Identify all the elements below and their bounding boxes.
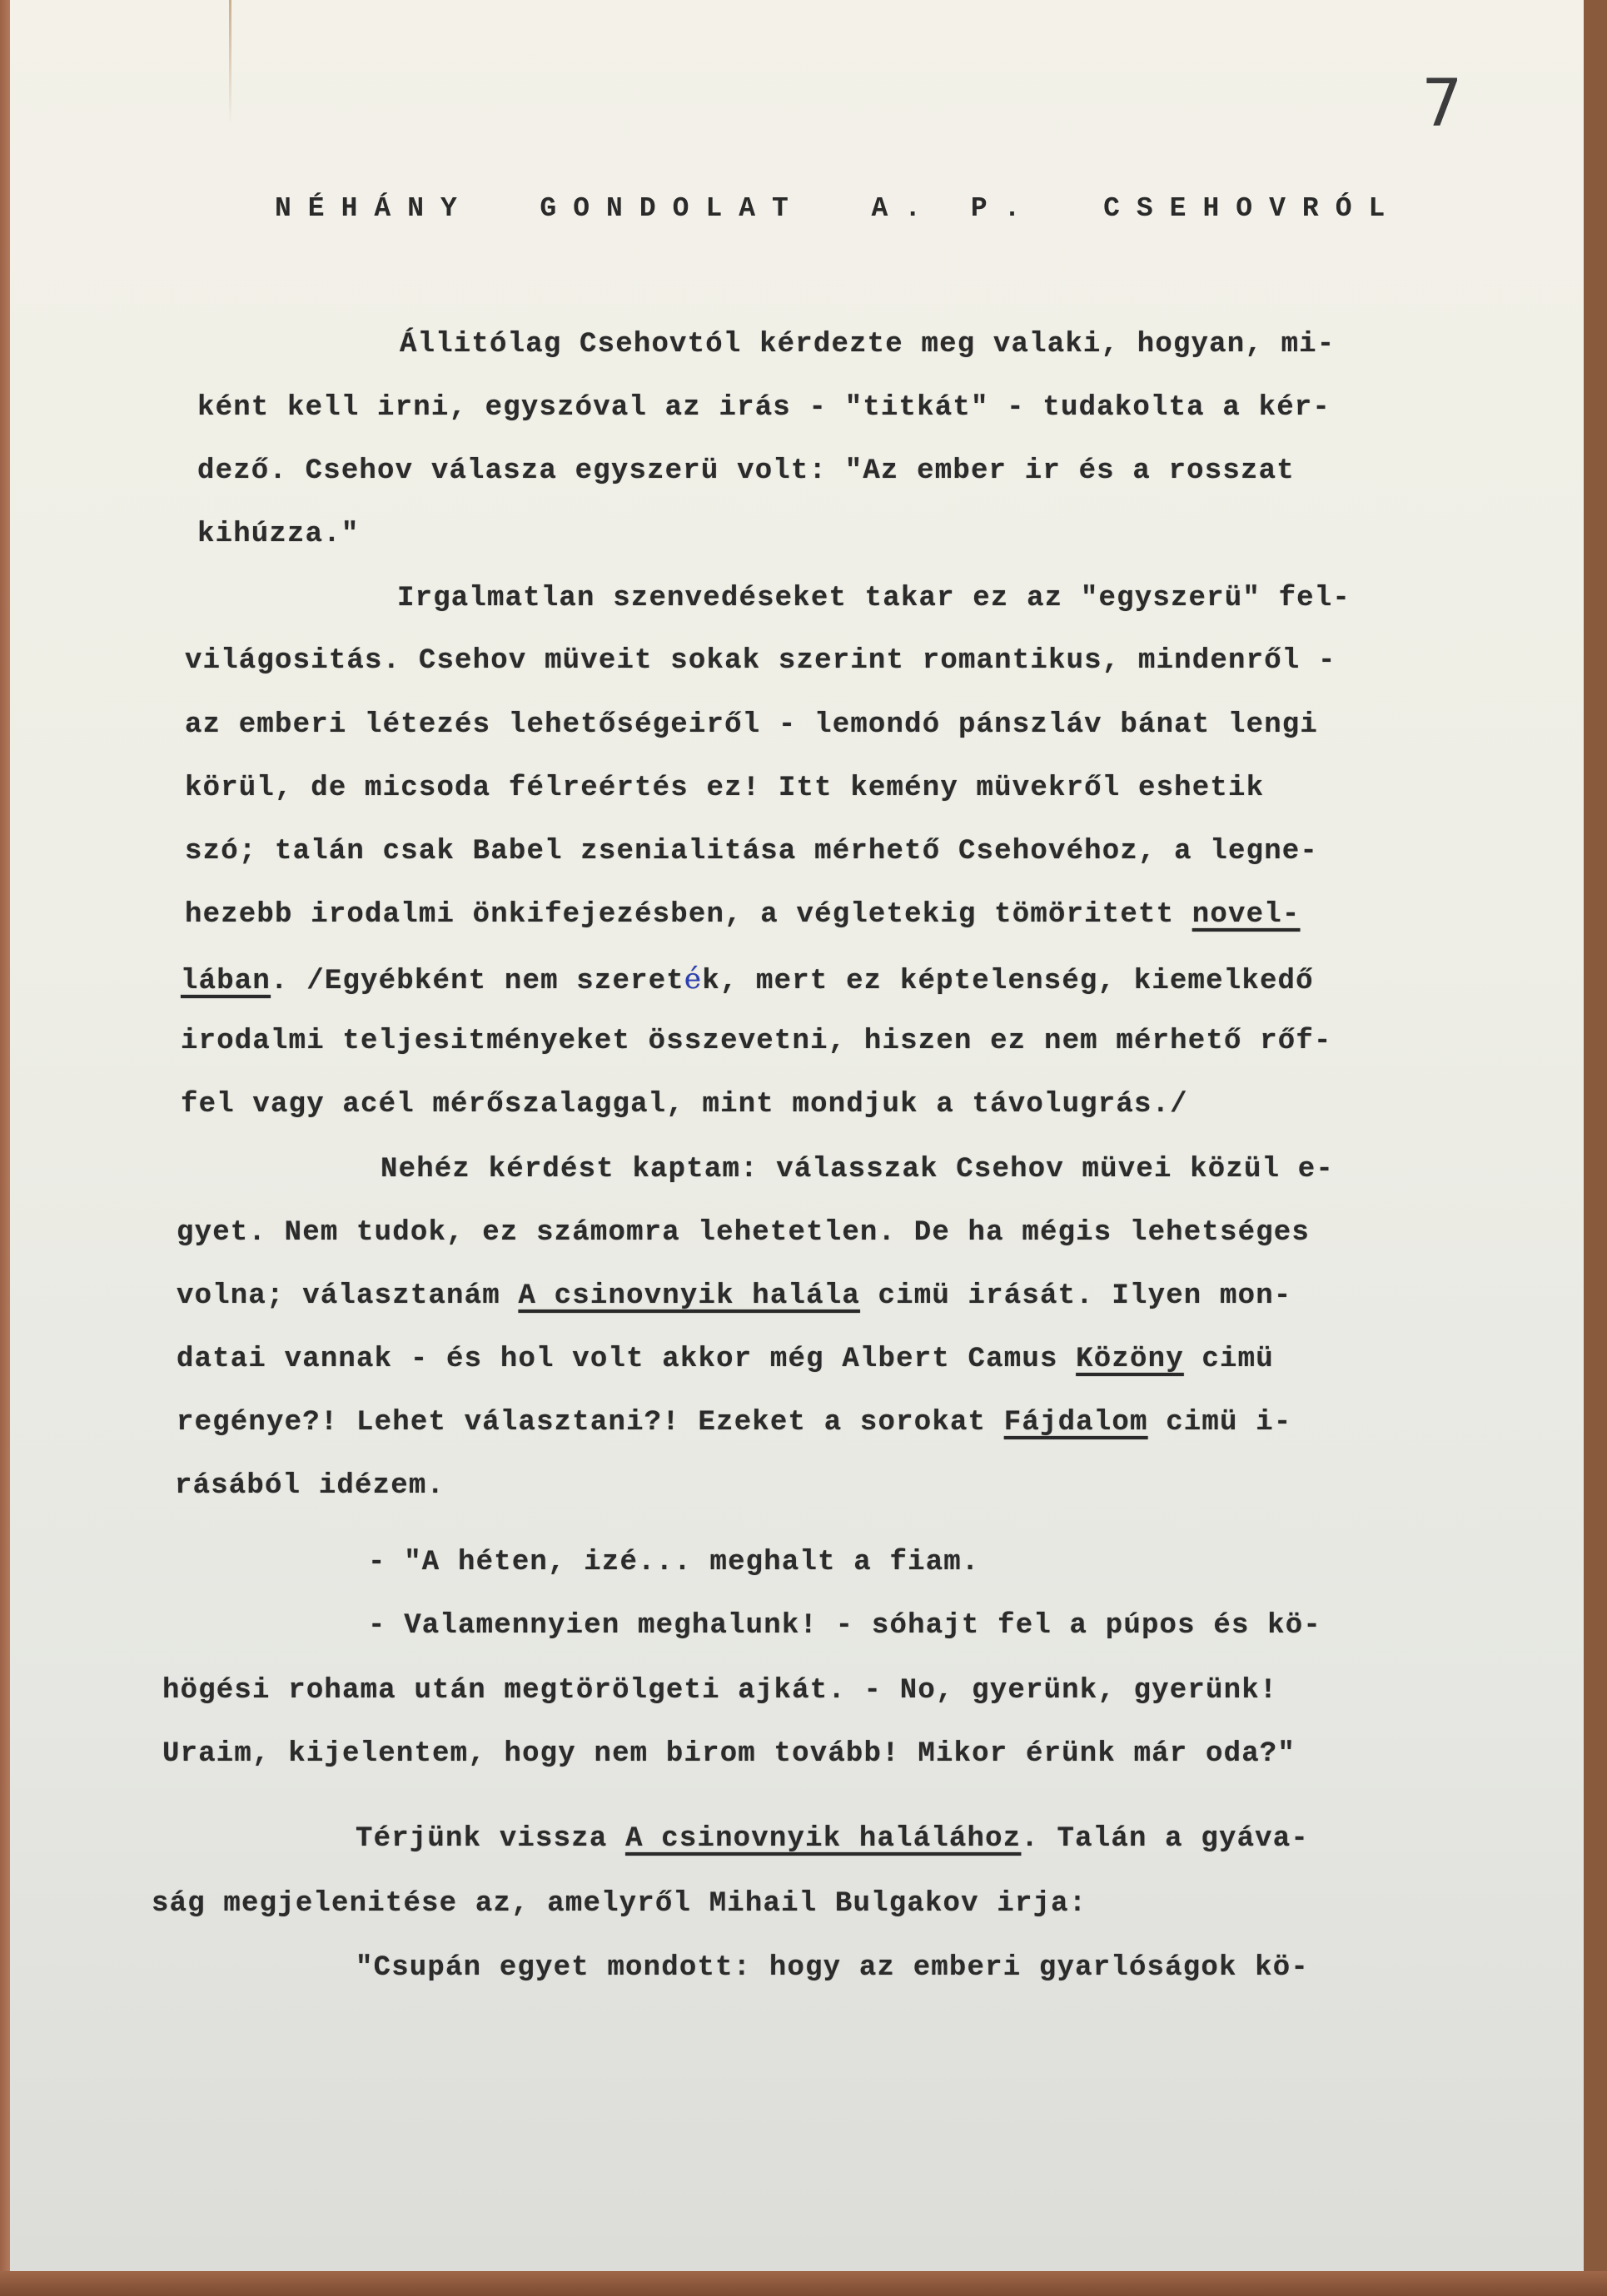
text-line: Irgalmatlan szenvedéseket takar ez az "e… [397, 583, 1351, 614]
text-segment: . /Egyébként nem szeret [271, 966, 684, 997]
text-line: hezebb irodalmi önkifejezésben, a véglet… [185, 899, 1300, 931]
text-line: Nehéz kérdést kaptam: válasszak Csehov m… [381, 1154, 1334, 1185]
text-segment: cimü [1184, 1344, 1274, 1375]
underlined-title: novel- [1192, 899, 1301, 931]
wood-table-left-edge [0, 0, 10, 2296]
text-line: Uraim, kijelentem, hogy nem birom tovább… [162, 1738, 1296, 1770]
text-segment: volna; választanám [177, 1280, 518, 1312]
text-segment: cimü irását. Ilyen mon- [860, 1280, 1291, 1312]
handwritten-correction: é [684, 962, 702, 996]
text-line: Térjünk vissza A csinovnyik halálához. T… [356, 1823, 1309, 1855]
document-title: NÉHÁNY GONDOLAT A. P. CSEHOVRÓL [275, 193, 1401, 224]
underlined-title: A csinovnyik halála [518, 1280, 859, 1312]
text-line: gyet. Nem tudok, ez számomra lehetetlen.… [177, 1217, 1310, 1249]
wood-table-bottom-edge [0, 2271, 1607, 2296]
paper-crease-stain [229, 0, 231, 125]
text-line: dező. Csehov válasza egyszerü volt: "Az … [197, 455, 1295, 487]
text-segment: cimü i- [1148, 1407, 1292, 1439]
underlined-title: Fájdalom [1004, 1407, 1148, 1439]
text-segment: . Talán a gyáva- [1021, 1823, 1309, 1855]
text-line: Állitólag Csehovtól kérdezte meg valaki,… [400, 329, 1335, 360]
text-line: szó; talán csak Babel zsenialitása mérhe… [185, 836, 1318, 867]
text-segment: hezebb irodalmi önkifejezésben, a véglet… [185, 899, 1192, 931]
text-line: - Valamennyien meghalunk! - sóhajt fel a… [368, 1610, 1321, 1642]
text-line: lában. /Egyébként nem szereték, mert ez … [181, 962, 1314, 997]
text-line: körül, de micsoda félreértés ez! Itt kem… [185, 773, 1264, 804]
text-line: ság megjelenitése az, amelyről Mihail Bu… [152, 1888, 1087, 1920]
underlined-title: lában [181, 966, 271, 997]
text-line: högési rohama után megtörölgeti ajkát. -… [162, 1675, 1277, 1707]
text-line: rásából idézem. [175, 1470, 445, 1502]
text-line: volna; választanám A csinovnyik halála c… [177, 1280, 1291, 1312]
text-segment: datai vannak - és hol volt akkor még Alb… [177, 1344, 1076, 1375]
text-line: "Csupán egyet mondott: hogy az emberi gy… [356, 1952, 1309, 1984]
text-line: datai vannak - és hol volt akkor még Alb… [177, 1344, 1274, 1375]
text-segment: regénye?! Lehet választani?! Ezeket a so… [177, 1407, 1004, 1439]
text-line: regénye?! Lehet választani?! Ezeket a so… [177, 1407, 1291, 1439]
text-line: az emberi létezés lehetőségeiről - lemon… [185, 709, 1318, 741]
text-line: világositás. Csehov müveit sokak szerint… [185, 645, 1336, 677]
text-line: ként kell irni, egyszóval az irás - "tit… [197, 392, 1331, 424]
text-segment: Térjünk vissza [356, 1823, 625, 1855]
text-line: irodalmi teljesitményeket összevetni, hi… [181, 1026, 1332, 1057]
underlined-title: Közöny [1076, 1344, 1184, 1375]
text-line: fel vagy acél mérőszalaggal, mint mondju… [181, 1089, 1188, 1121]
underlined-title: A csinovnyik halálához [625, 1823, 1021, 1855]
text-line: - "A héten, izé... meghalt a fiam. [368, 1547, 980, 1578]
handwritten-page-number: 7 [1421, 67, 1463, 142]
text-segment: k, mert ez képtelenség, kiemelkedő [702, 966, 1314, 997]
typewritten-page: 7 NÉHÁNY GONDOLAT A. P. CSEHOVRÓL Állitó… [10, 0, 1584, 2271]
text-line: kihúzza." [197, 519, 359, 550]
